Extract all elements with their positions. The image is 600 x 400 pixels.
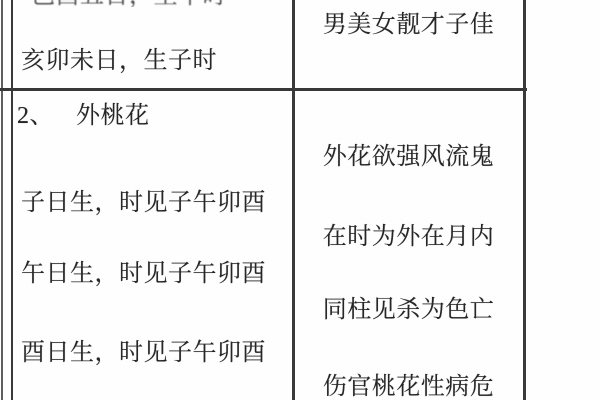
row2-left-line: 子日生，时见子午卯酉 — [21, 190, 266, 216]
row1-left-clipped-line: 巳酉丑日，生午时 — [31, 0, 227, 7]
row2-right-line: 外花欲强风流鬼 — [294, 144, 523, 170]
row2-left-line: 酉日生，时见子午卯酉 — [21, 340, 266, 366]
table-border-left — [11, 0, 13, 400]
table-row-divider — [0, 88, 527, 91]
row2-item-title: 外桃花 — [76, 103, 150, 129]
row2-left-line: 午日生，时见子午卯酉 — [21, 261, 266, 287]
table-border-middle — [292, 0, 295, 400]
scanned-document-page: 巳酉丑日，生午时 亥卯未日，生子时 男美女靓才子佳 2、外桃花 子日生，时见子午… — [0, 0, 600, 400]
row2-item-number: 2、 — [17, 103, 54, 129]
row1-left-line: 亥卯未日，生子时 — [21, 48, 217, 74]
clipped-text-top: 巳酉丑日，生午时 — [31, 0, 227, 7]
row2-right-line: 同柱见杀为色亡 — [294, 297, 523, 323]
row2-right-line: 伤官桃花性病危 — [294, 374, 523, 400]
page-edge-line — [1, 0, 3, 400]
table-border-right — [523, 0, 526, 400]
row1-right-line: 男美女靓才子佳 — [294, 12, 523, 38]
row2-right-line: 在时为外在月内 — [294, 224, 523, 250]
row2-item-heading: 2、外桃花 — [17, 103, 150, 129]
